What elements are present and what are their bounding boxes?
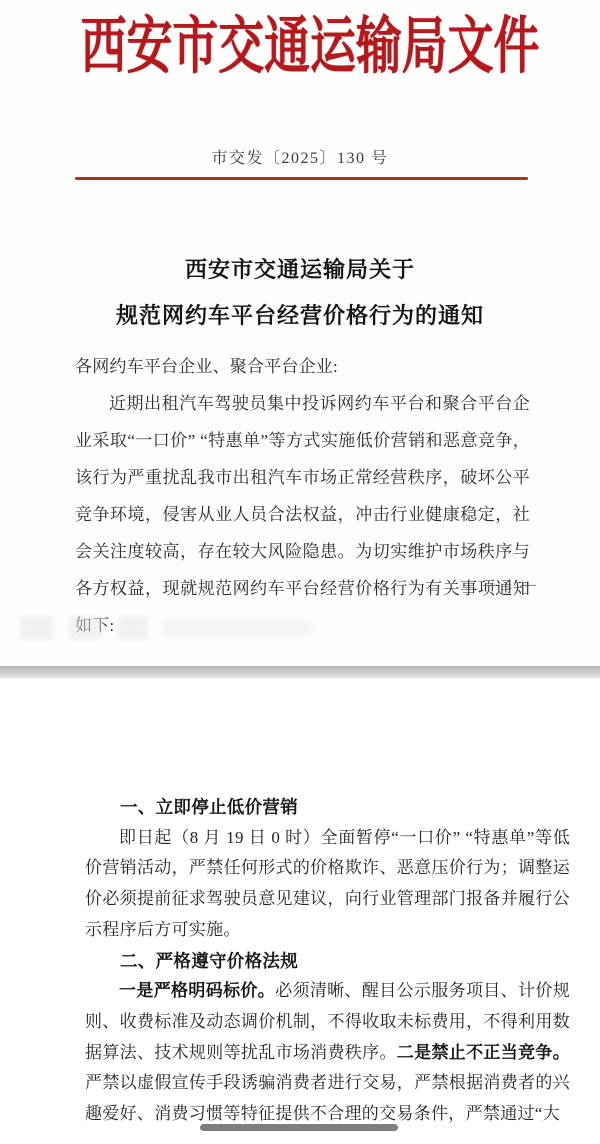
scan-blot <box>20 616 54 640</box>
faint-scan-artifact <box>20 613 400 643</box>
intro-paragraph: 近期出租汽车驾驶员集中投诉网约车平台和聚合平台企业采取“一口价” “特惠单”等方… <box>75 385 530 644</box>
section2-text-2: 严禁以虚假宣传手段诱骗消费者进行交易，严禁根据消费者的兴趣爱好、消费习惯等特征提… <box>85 1073 570 1123</box>
letterhead: 西安市交通运输局文件 <box>0 8 600 86</box>
bold-lead-in-2: 二是禁止不正当竞争。 <box>397 1043 570 1062</box>
document-title: 西安市交通运输局关于 规范网约车平台经营价格行为的通知 <box>0 247 600 339</box>
page-2: 一、立即停止低价营销 即日起（8 月 19 日 0 时）全面暂停“一口价” “特… <box>0 678 600 1144</box>
scan-blot <box>69 616 103 640</box>
document-photo: 西安市交通运输局文件 市交发〔2025〕130 号 西安市交通运输局关于 规范网… <box>0 0 600 1144</box>
issuing-agency-title: 西安市交通运输局文件 <box>81 8 540 86</box>
page2-body: 一、立即停止低价营销 即日起（8 月 19 日 0 时）全面暂停“一口价” “特… <box>85 792 570 1130</box>
bold-lead-in-1: 一是严格明码标价。 <box>119 981 275 1000</box>
section2-paragraph: 一是严格明码标价。必须清晰、醒目公示服务项目、计价规则、收费标准及动态调价机制，… <box>85 976 570 1130</box>
letterhead-red-rule <box>75 177 528 180</box>
page-1: 西安市交通运输局文件 市交发〔2025〕130 号 西安市交通运输局关于 规范网… <box>0 0 600 668</box>
page-divider <box>0 666 600 678</box>
scan-blot <box>163 619 313 637</box>
title-line-2: 规范网约车平台经营价格行为的通知 <box>0 293 600 339</box>
page1-body: 各网约车平台企业、聚合平台企业: 近期出租汽车驾驶员集中投诉网约车平台和聚合平台… <box>75 348 530 644</box>
section2-heading: 二、严格遵守价格法规 <box>85 946 570 977</box>
scan-blot <box>118 616 148 640</box>
home-indicator-bar <box>200 1124 398 1131</box>
document-number: 市交发〔2025〕130 号 <box>0 145 600 168</box>
title-line-1: 西安市交通运输局关于 <box>0 247 600 293</box>
page-number: — 1 — <box>483 577 538 594</box>
section1-heading: 一、立即停止低价营销 <box>85 792 570 823</box>
section1-paragraph: 即日起（8 月 19 日 0 时）全面暂停“一口价” “特惠单”等低价营销活动，… <box>85 823 570 946</box>
salutation: 各网约车平台企业、聚合平台企业: <box>75 348 530 385</box>
